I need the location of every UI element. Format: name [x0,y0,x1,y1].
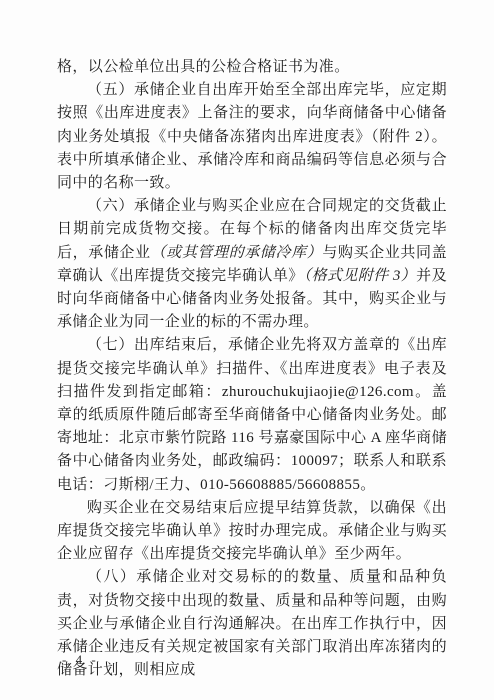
paragraph-item-six: （六）承储企业与购买企业应在合同规定的交货截止日期前完成货物交接。在每个标的储备… [57,195,447,334]
paragraph-text: 。盖章的纸质原件随后邮寄至华商储备中心储备肉业务处。邮寄地址：北京市紫竹院路 1… [57,384,447,493]
page-number: - 4 - [62,652,99,668]
paragraph-item-seven: （七）出库结束后，承储企业先将双方盖章的《出库提货交接完毕确认单》扫描件、《出库… [57,334,447,496]
paragraph-text: 购买企业在交易结束后应提早结算货款，以确保《出库提货交接完毕确认单》按时办理完成… [57,500,447,562]
document-text: 格，以公检单位出具的公检合格证书为准。 （五）承储企业自出库开始至全部出库完毕，… [57,56,447,682]
document-page: 格，以公检单位出具的公检合格证书为准。 （五）承储企业自出库开始至全部出库完毕，… [0,0,494,700]
kai-annotation-cold-store: （或其管理的承储冷库） [151,245,323,261]
kai-annotation-attachment-3: （格式见附件 3） [304,268,417,284]
email-address: zhurouchukujiaojie@126.com [222,384,414,400]
paragraph-text: （五）承储企业自出库开始至全部出库完毕，应定期按照《出库进度表》上备注的要求，向… [57,82,447,191]
paragraph-text: 格，以公检单位出具的公检合格证书为准。 [57,59,350,75]
paragraph-item-five: （五）承储企业自出库开始至全部出库完毕，应定期按照《出库进度表》上备注的要求，向… [57,79,447,195]
paragraph-continuation: 格，以公检单位出具的公检合格证书为准。 [57,56,447,79]
paragraph-item-eight: （八）承储企业对交易标的的数量、质量和品种负责，对货物交接中出现的数量、质量和品… [57,566,447,682]
paragraph-text: （八）承储企业对交易标的的数量、质量和品种负责，对货物交接中出现的数量、质量和品… [57,569,447,678]
paragraph-settlement: 购买企业在交易结束后应提早结算货款，以确保《出库提货交接完毕确认单》按时办理完成… [57,497,447,567]
